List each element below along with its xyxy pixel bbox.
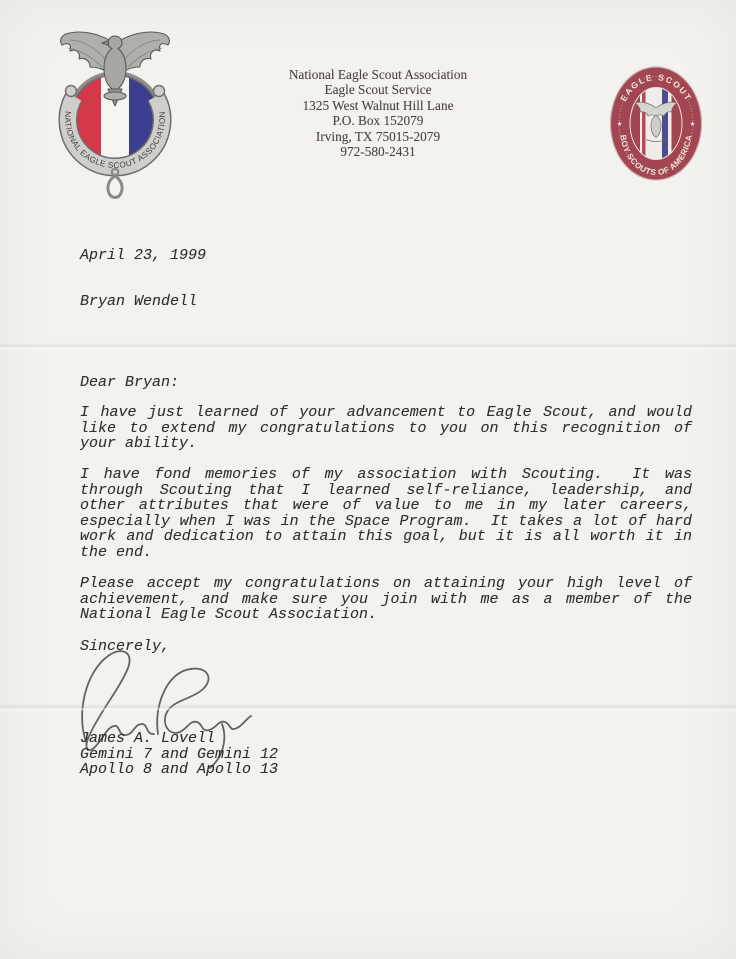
- signer-name: James A. Lovell: [80, 731, 278, 747]
- body-line: through Scouting that I learned self-rel…: [80, 483, 692, 499]
- signer-missions-apollo: Apollo 8 and Apollo 13: [80, 762, 278, 778]
- letter-page: NATIONAL EAGLE SCOUT ASSOCIATION: [0, 0, 736, 959]
- nesa-medal-logo: NATIONAL EAGLE SCOUT ASSOCIATION: [46, 26, 184, 204]
- body-line: achievement, and make sure you join with…: [80, 592, 692, 608]
- body-line: I have fond memories of my association w…: [80, 467, 692, 483]
- body-line: the end.: [80, 545, 692, 561]
- body-line: Please accept my congratulations on atta…: [80, 576, 692, 592]
- body-line: I have just learned of your advancement …: [80, 405, 692, 421]
- eagle-talon-scroll: [104, 92, 126, 100]
- paragraph-2: I have fond memories of my association w…: [80, 467, 692, 561]
- letterhead-line-org: National Eagle Scout Association: [228, 67, 528, 82]
- fold-crease: [0, 343, 736, 350]
- letterhead-line-phone: 972-580-2431: [228, 144, 528, 159]
- body-line: other attributes that were of value to m…: [80, 498, 692, 514]
- letter-recipient: Bryan Wendell: [80, 293, 197, 310]
- bsa-eagle-scout-seal: EAGLE SCOUT BOY SCOUTS OF AMERICA ★ ★: [609, 65, 703, 182]
- signer-missions-gemini: Gemini 7 and Gemini 12: [80, 747, 278, 763]
- body-line: National Eagle Scout Association.: [80, 607, 692, 623]
- seal-center: [630, 87, 682, 160]
- signature-block: James A. Lovell Gemini 7 and Gemini 12 A…: [80, 731, 278, 778]
- paragraph-3: Please accept my congratulations on atta…: [80, 576, 692, 623]
- paragraph-1: I have just learned of your advancement …: [80, 405, 692, 452]
- bsa-seal-icon: EAGLE SCOUT BOY SCOUTS OF AMERICA ★ ★: [609, 65, 703, 182]
- body-line: especially when I was in the Space Progr…: [80, 514, 692, 530]
- body-line: work and dedication to attain this goal,…: [80, 529, 692, 545]
- body-line: like to extend my congratulations to you…: [80, 421, 692, 437]
- seal-star-right-icon: ★: [690, 120, 696, 128]
- letterhead-line-service: Eagle Scout Service: [228, 82, 528, 97]
- letterhead-line-street: 1325 West Walnut Hill Lane: [228, 98, 528, 113]
- body-line: your ability.: [80, 436, 692, 452]
- letter-salutation: Dear Bryan:: [80, 374, 179, 391]
- letterhead-line-city: Irving, TX 75015-2079: [228, 129, 528, 144]
- seal-star-left-icon: ★: [617, 120, 623, 128]
- letter-date: April 23, 1999: [80, 247, 206, 264]
- letterhead-line-pobox: P.O. Box 152079: [228, 113, 528, 128]
- letterhead-block: National Eagle Scout Association Eagle S…: [228, 67, 528, 159]
- nesa-medal-icon: NATIONAL EAGLE SCOUT ASSOCIATION: [46, 26, 184, 204]
